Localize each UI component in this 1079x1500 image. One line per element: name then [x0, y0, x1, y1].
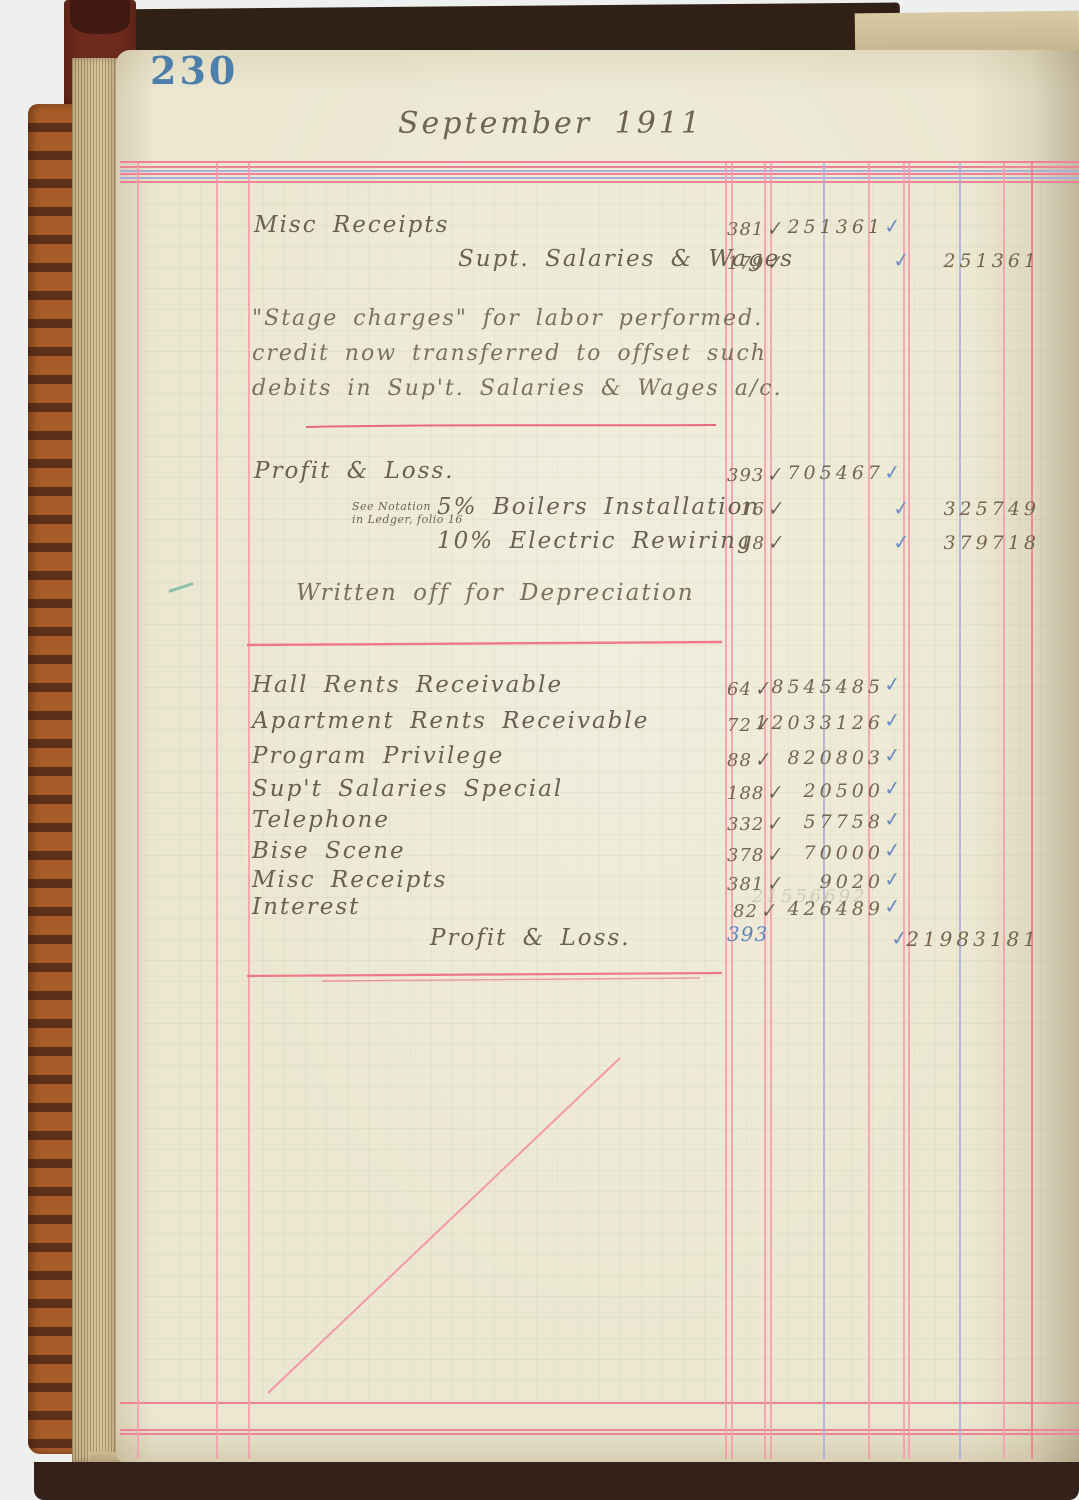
- debit-amount: 70000: [744, 842, 884, 864]
- folio-check-mark: ✓: [765, 531, 785, 556]
- debit-amount: 426489: [744, 898, 884, 920]
- debit-amount: 12033126: [744, 712, 884, 734]
- posting-check-mark: ✓: [883, 893, 902, 919]
- memo-line: credit now transferred to offset such: [252, 341, 767, 366]
- entry-description: Sup't Salaries Special: [252, 776, 563, 802]
- folio-check-mark: ✓: [765, 251, 785, 276]
- entry-description: Program Privilege: [252, 743, 504, 769]
- posting-check-mark: ✓: [883, 707, 902, 733]
- debit-amount: 820803: [744, 747, 884, 769]
- folio-value: 179: [727, 253, 764, 274]
- entry-description: Hall Rents Receivable: [252, 672, 563, 698]
- depreciation-caption: Written off for Depreciation: [296, 580, 695, 606]
- folio-number-blue-pencil: 393: [727, 922, 797, 946]
- posting-check-mark: ✓: [883, 671, 902, 697]
- credit-amount: 251361: [900, 250, 1040, 272]
- folio-value: 18: [740, 533, 765, 554]
- page-title: September 1911: [398, 106, 703, 141]
- ledger-photo: 230 September 1911 Misc Receipts 381✓ 25…: [0, 0, 1079, 1500]
- folio-number: 18✓: [740, 532, 810, 554]
- folio-number: 16✓: [740, 498, 810, 520]
- entry-description: Misc Receipts: [254, 212, 449, 238]
- posting-check-mark: ✓: [883, 866, 902, 892]
- entry-description: 10% Electric Rewiring: [437, 528, 754, 554]
- debit-amount: 57758: [744, 811, 884, 833]
- debit-amount: 8545485: [744, 676, 884, 698]
- memo-line: "Stage charges" for labor performed.: [252, 306, 763, 331]
- entry-description: Telephone: [252, 807, 390, 833]
- debit-amount: 251361: [744, 216, 884, 238]
- entry-description: Apartment Rents Receivable: [252, 708, 649, 734]
- folio-check-mark: ✓: [765, 497, 785, 522]
- posting-check-mark: ✓: [883, 742, 902, 768]
- entry-description: Interest: [252, 894, 360, 920]
- posting-check-mark: ✓: [883, 775, 902, 801]
- credit-amount: 21983181: [900, 927, 1040, 951]
- folio-value: 16: [740, 499, 765, 520]
- credit-amount: 325749: [900, 498, 1040, 520]
- hand-drawn-lines: [0, 0, 1079, 1500]
- memo-line: debits in Sup't. Salaries & Wages a/c.: [252, 376, 783, 401]
- posting-check-mark: ✓: [883, 837, 902, 863]
- credit-amount: 379718: [900, 532, 1040, 554]
- entry-description: 5% Boilers Installation: [437, 494, 760, 520]
- debit-amount: 20500: [744, 780, 884, 802]
- posting-check-mark: ✓: [883, 459, 902, 485]
- entry-description: Profit & Loss.: [430, 925, 631, 951]
- entry-description: Profit & Loss.: [254, 458, 455, 484]
- debit-amount: 705467: [744, 462, 884, 484]
- folio-number: 179✓: [727, 252, 797, 274]
- entry-description: Misc Receipts: [252, 867, 447, 893]
- entry-description: Bise Scene: [252, 838, 406, 864]
- posting-check-mark: ✓: [883, 213, 902, 239]
- posting-check-mark: ✓: [883, 806, 902, 832]
- page-number: 230: [150, 48, 238, 93]
